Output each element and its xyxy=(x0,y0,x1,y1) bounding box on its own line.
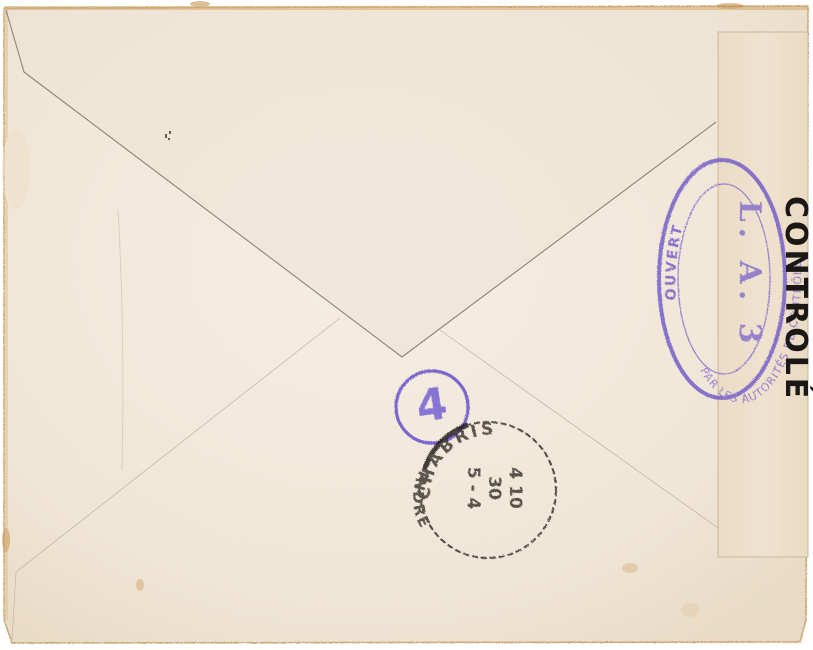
svg-text:5 - 4: 5 - 4 xyxy=(463,467,483,510)
envelope-scene: OUVERT PAR LES AUTORITÉS DE CONTRÔLE L. … xyxy=(0,0,813,650)
svg-text:30: 30 xyxy=(484,476,504,500)
svg-text:L. A. 3: L. A. 3 xyxy=(732,200,767,349)
svg-text:4 10: 4 10 xyxy=(505,467,525,509)
